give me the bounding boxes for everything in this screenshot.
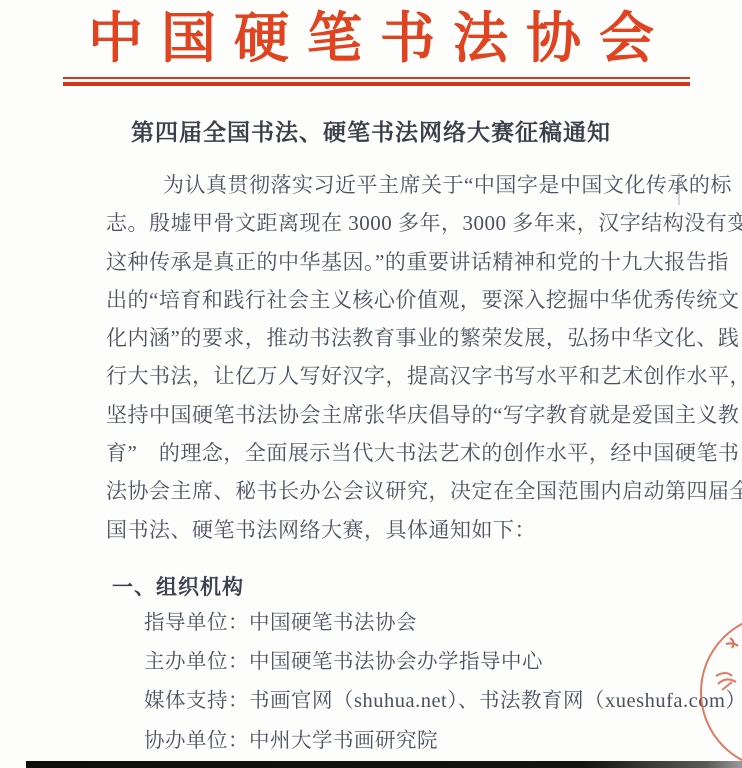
paragraph-line: 育” 的理念，全面展示当代大书法艺术的创作水平，经中国硬笔书 [106,434,706,472]
body-paragraph: 为认真贯彻落实习近平主席关于“中国字是中国文化传承的标 志。殷墟甲骨文距离现在 … [106,166,706,549]
paragraph-line: 国书法、硬笔书法网络大赛，具体通知如下： [106,511,706,549]
scanned-notice-page: 中国硬笔书法协会 第四届全国书法、硬笔书法网络大赛征稿通知 为认真贯彻落实习近平… [0,0,742,768]
org-list-item: 媒体支持：书画官网（shuhua.net）、书法教育网（xueshufa.com… [144,682,704,721]
section-heading-organization: 一、组织机构 [112,572,244,602]
org-list-item: 指导单位：中国硬笔书法协会 [144,604,704,643]
paragraph-line: 出的“培育和践行社会主义核心价值观，要深入挖掘中华优秀传统文 [106,281,706,319]
org-list-item: 协办单位：中州大学书画研究院 [144,722,704,761]
paragraph-line: 这种传承是真正的中华基因。”的重要讲话精神和党的十九大报告指 [106,243,706,281]
bottom-scan-bar [26,761,742,768]
document-title: 第四届全国书法、硬笔书法网络大赛征稿通知 [0,114,742,147]
letterhead-org-title: 中国硬笔书法协会 [0,8,742,70]
paragraph-line: 行大书法，让亿万人写好汉字，提高汉字书写水平和艺术创作水平， [106,357,706,395]
paragraph-line: 坚持中国硬笔书法协会主席张华庆倡导的“写字教育就是爱国主义教 [106,396,706,434]
paragraph-line: 法协会主席、秘书长办公会议研究，决定在全国范围内启动第四届全 [106,472,706,510]
paragraph-line: 志。殷墟甲骨文距离现在 3000 多年，3000 多年来，汉字结构没有变， [106,204,706,242]
letterhead-double-rule [63,77,690,86]
organization-list: 指导单位：中国硬笔书法协会 主办单位：中国硬笔书法协会办学指导中心 媒体支持：书… [144,604,704,761]
org-list-item: 主办单位：中国硬笔书法协会办学指导中心 [144,643,704,682]
paragraph-line: 为认真贯彻落实习近平主席关于“中国字是中国文化传承的标 [106,166,706,204]
seal-glyphs-icon [702,630,742,720]
paragraph-line: 化内涵”的要求，推动书法教育事业的繁荣发展，弘扬中华文化、践 [106,319,706,357]
